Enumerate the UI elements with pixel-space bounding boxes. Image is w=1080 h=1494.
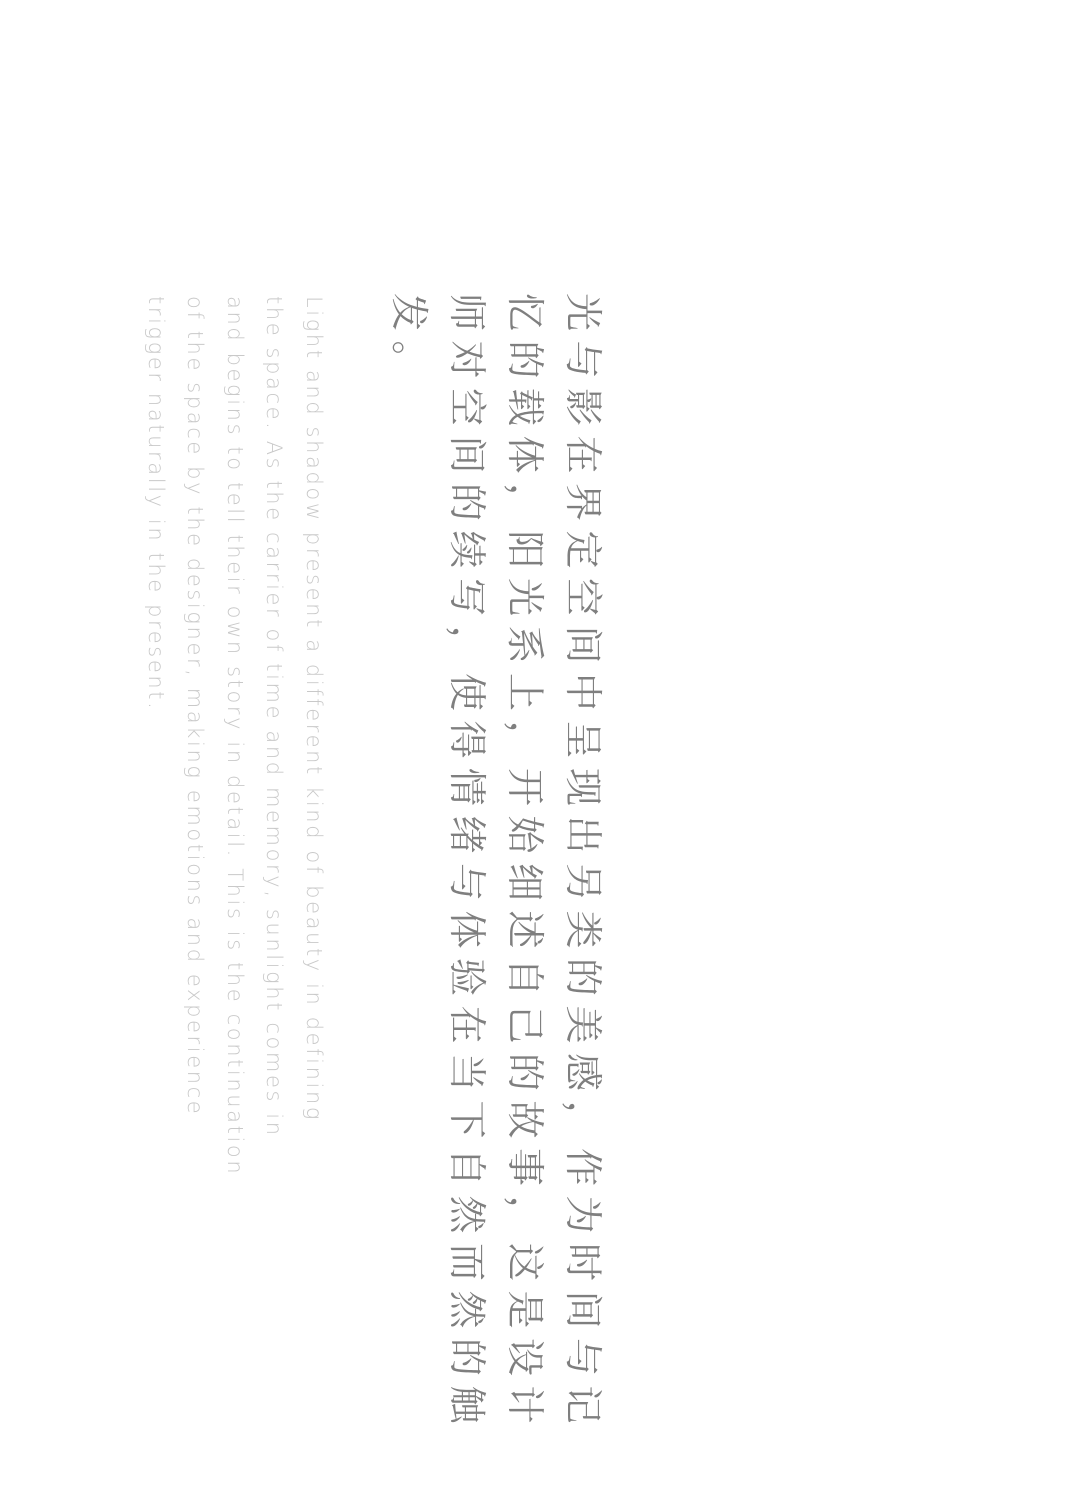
chinese-line-3: 师对空间的续写，使得情绪与体验在当下自然而然的触: [438, 293, 496, 1433]
chinese-line-1: 光与影在界定空间中呈现出另类的美感，作为时间与记: [554, 293, 612, 1433]
chinese-paragraph: 光与影在界定空间中呈现出另类的美感，作为时间与记 忆的载体，阳光系上，开始细述自…: [380, 293, 612, 1433]
english-line-4: of the space by the designer, making emo…: [175, 296, 215, 1176]
document-page: 光与影在界定空间中呈现出另类的美感，作为时间与记 忆的载体，阳光系上，开始细述自…: [0, 0, 1080, 1494]
english-line-5: trigger naturally in the present.: [136, 296, 176, 1176]
english-line-2: the space. As the carrier of time and me…: [254, 296, 294, 1176]
english-line-1: Light and shadow present a different kin…: [294, 296, 334, 1176]
english-paragraph: Light and shadow present a different kin…: [136, 296, 334, 1176]
english-line-3: and begins to tell their own story in de…: [215, 296, 255, 1176]
chinese-line-4: 发。: [380, 293, 438, 1433]
chinese-line-2: 忆的载体，阳光系上，开始细述自己的故事，这是设计: [496, 293, 554, 1433]
